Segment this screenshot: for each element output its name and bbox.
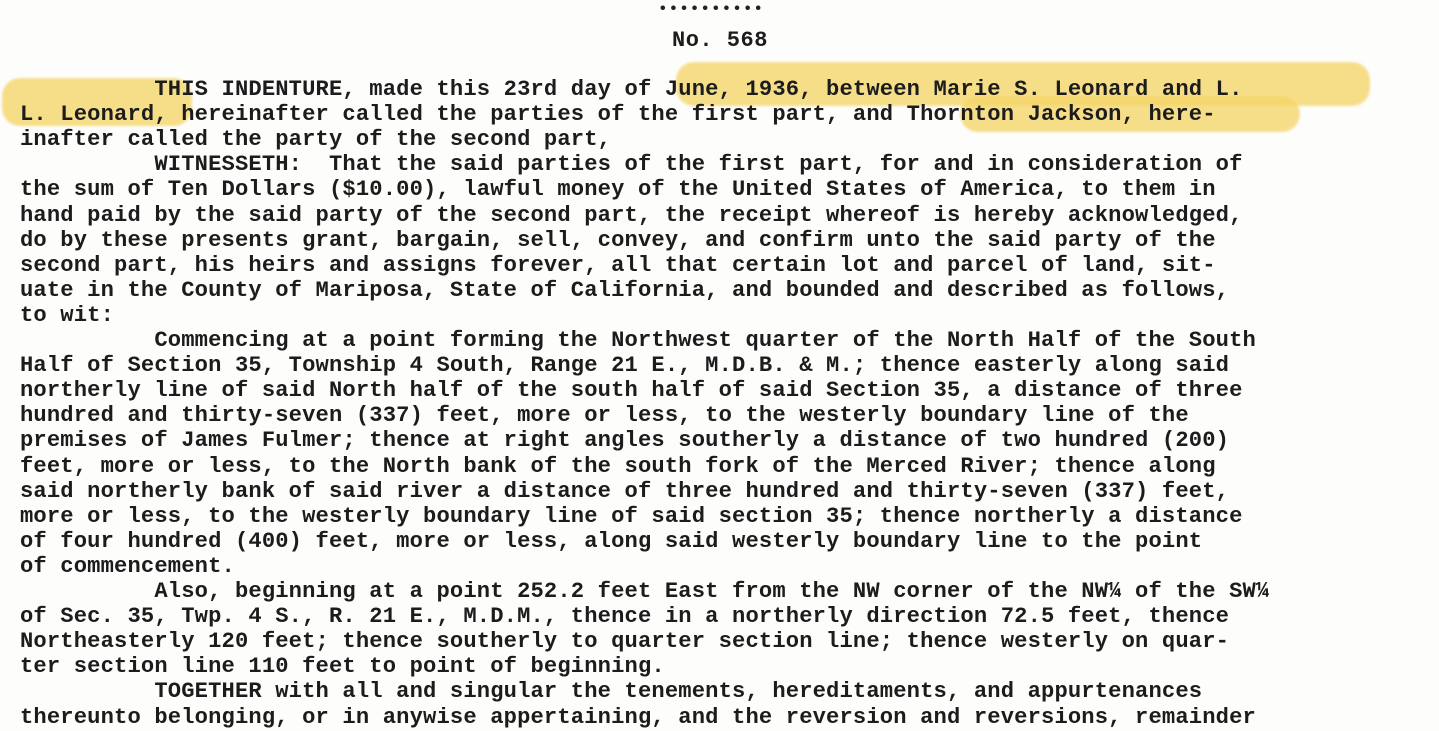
text-line: L. Leonard, hereinafter called the parti… <box>20 102 1216 127</box>
text-line: Commencing at a point forming the Northw… <box>20 328 1256 353</box>
text-line: the sum of Ten Dollars ($10.00), lawful … <box>20 177 1216 202</box>
text-line: Also, beginning at a point 252.2 feet Ea… <box>20 579 1269 604</box>
text-line: hundred and thirty-seven (337) feet, mor… <box>20 403 1189 428</box>
text-line: Northeasterly 120 feet; thence southerly… <box>20 629 1229 654</box>
deed-page: •••••••••• No. 568 THIS INDENTURE, made … <box>0 0 1439 731</box>
text-line: uate in the County of Mariposa, State of… <box>20 278 1229 303</box>
document-number: No. 568 <box>672 28 768 53</box>
text-line: do by these presents grant, bargain, sel… <box>20 228 1216 253</box>
text-line: more or less, to the westerly boundary l… <box>20 504 1243 529</box>
text-line: WITNESSETH: That the said parties of the… <box>20 152 1243 177</box>
text-line: to wit: <box>20 303 114 328</box>
text-line: TOGETHER with all and singular the tenem… <box>20 679 1202 704</box>
text-line: thereunto belonging, or in anywise apper… <box>20 705 1256 730</box>
text-line: ter section line 110 feet to point of be… <box>20 654 665 679</box>
text-line: of Sec. 35, Twp. 4 S., R. 21 E., M.D.M.,… <box>20 604 1229 629</box>
text-line: second part, his heirs and assigns forev… <box>20 253 1216 278</box>
text-line: THIS INDENTURE, made this 23rd day of Ju… <box>20 77 1243 102</box>
ornament-dots: •••••••••• <box>658 0 764 18</box>
text-line: hand paid by the said party of the secon… <box>20 203 1243 228</box>
text-line: northerly line of said North half of the… <box>20 378 1243 403</box>
text-line: of commencement. <box>20 554 235 579</box>
text-line: of four hundred (400) feet, more or less… <box>20 529 1202 554</box>
text-line: Half of Section 35, Township 4 South, Ra… <box>20 353 1229 378</box>
text-line: feet, more or less, to the North bank of… <box>20 454 1216 479</box>
text-line: said northerly bank of said river a dist… <box>20 479 1229 504</box>
text-line: premises of James Fulmer; thence at righ… <box>20 428 1229 453</box>
text-line: inafter called the party of the second p… <box>20 127 611 152</box>
